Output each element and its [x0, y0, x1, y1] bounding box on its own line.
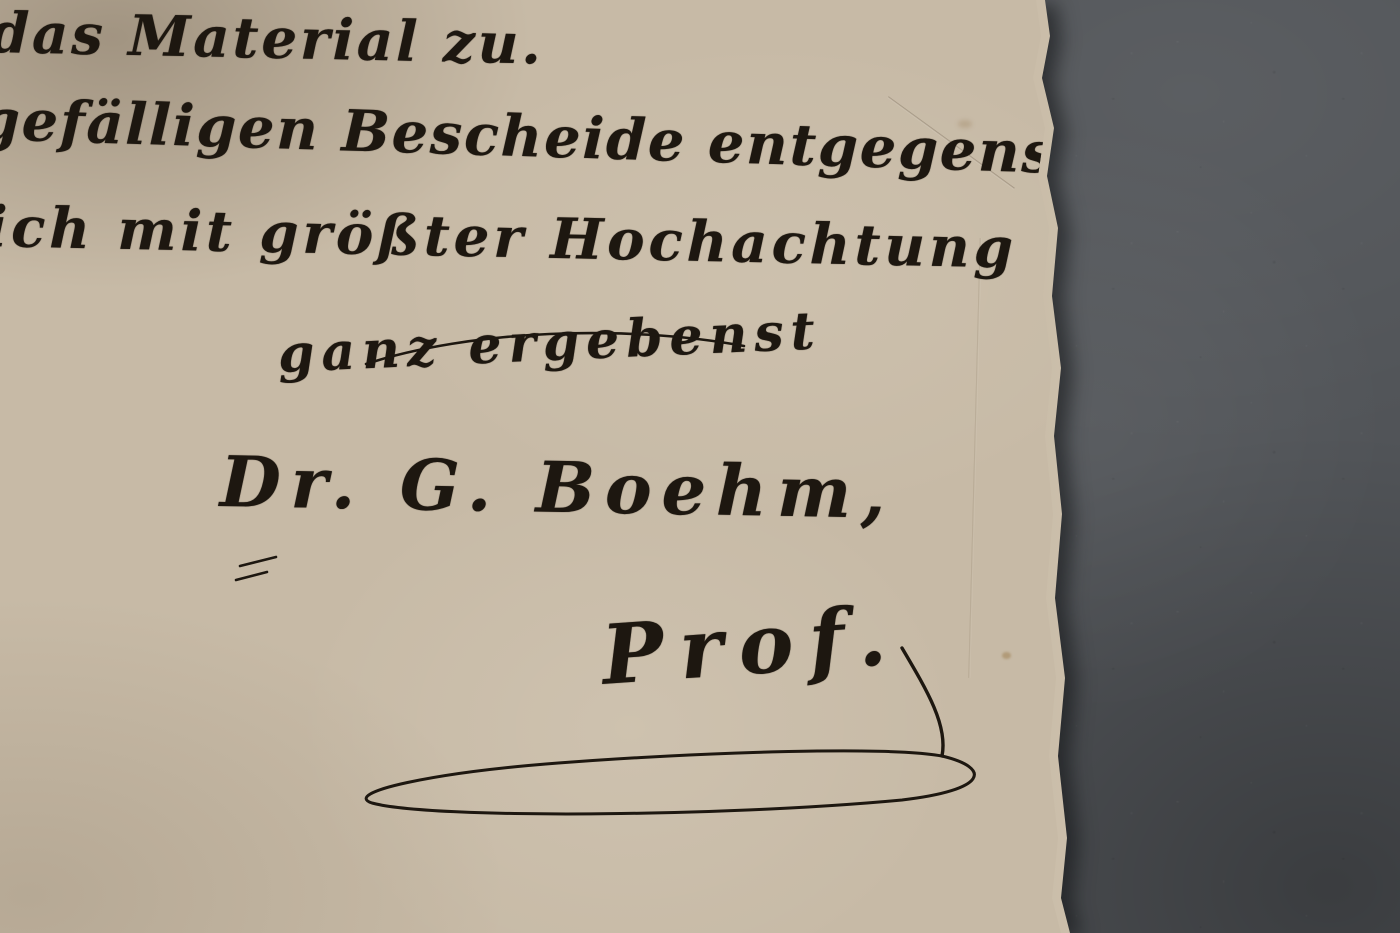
- photographed-letter-scene: das Material zu. gefälligen Bescheide en…: [0, 0, 1400, 933]
- handwritten-signature-name: Dr. G. Boehm,: [219, 440, 896, 535]
- paper-crease-vertical: [968, 238, 982, 678]
- handwritten-line-valediction: ganz ergebenst: [277, 300, 823, 385]
- handwritten-line-2: gefälligen Bescheide entgegensehend: [0, 86, 1262, 193]
- paper-shadow-wrap: das Material zu. gefälligen Bescheide en…: [0, 0, 1400, 933]
- handwritten-signature-title: Prof.: [599, 587, 905, 704]
- paper-stain: [1002, 652, 1011, 659]
- handwritten-line-3: ich mit größter Hochachtung: [0, 194, 1018, 282]
- signature-descender-stroke: [902, 648, 943, 756]
- signature-loop-flourish: [366, 751, 974, 814]
- paper-sheet: das Material zu. gefälligen Bescheide en…: [0, 0, 1400, 933]
- handwritten-line-1: das Material zu.: [0, 0, 545, 78]
- dr-double-underline-flourish: [236, 557, 276, 580]
